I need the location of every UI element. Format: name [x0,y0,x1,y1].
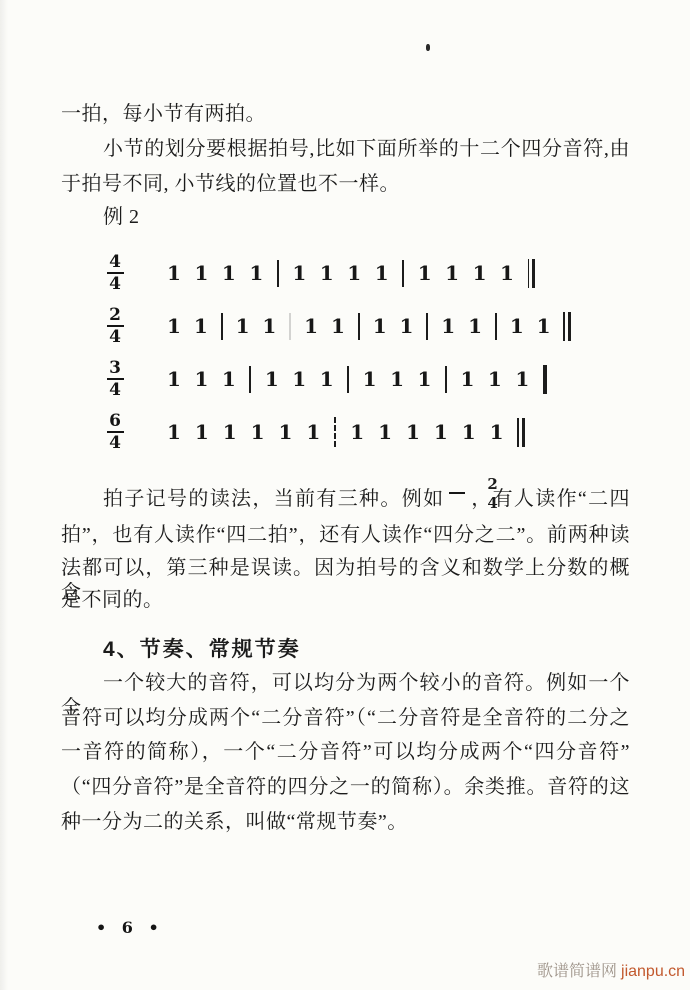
notation-line-4-4: 4 4 111111111111 [61,246,535,300]
meter-numerator: 3 [109,359,121,377]
barline [402,260,404,287]
note-1: 1 [195,422,209,442]
final-double-barline [528,259,536,288]
paragraph-2-line-2: 拍”，也有人读作“四二拍”，还有人读作“四分之二”。前两种读 [61,523,630,548]
paragraph-3-line-4: （“四分音符”是全音符的四分之一的简称）。余类推。音符的这 [61,775,630,800]
note-1: 1 [406,422,420,442]
paragraph-3-line-5: 种一分为二的关系，叫做“常规节奏”。 [61,810,630,835]
note-1: 1 [292,369,306,389]
note-1: 1 [418,369,432,389]
fraction-denominator: 4 [445,496,469,511]
ink-speck [426,44,430,51]
time-signature-6-4: 6 4 [103,412,127,452]
dashed-barline [334,417,336,447]
barline [221,313,223,340]
note-1: 1 [460,369,474,389]
meter-denominator: 4 [109,328,121,346]
note-1: 1 [167,316,181,336]
note-1: 1 [510,316,524,336]
note-1: 1 [279,422,293,442]
watermark: 歌谱简谱网jianpu.cn [537,958,685,981]
note-1: 1 [400,316,414,336]
note-1: 1 [462,422,476,442]
note-1: 1 [223,422,237,442]
faint-barline [289,313,291,340]
note-1: 1 [331,316,345,336]
paragraph-3-line-2: 音符可以均分成两个“二分音符”（“二分音符是全音符的二分之 [61,706,630,731]
meter-denominator: 4 [109,434,121,452]
note-1: 1 [537,316,551,336]
note-1: 1 [194,316,208,336]
scanned-book-page: 一拍，每小节有两拍。 小节的划分要根据拍号,比如下面所举的十二个四分音符,由 于… [0,0,690,990]
paragraph-3-line-3: 一音符的简称），一个“二分音符”可以均分成两个“四分音符” [61,740,630,765]
barline [445,366,447,393]
note-1: 1 [473,263,487,283]
note-1: 1 [500,263,514,283]
meter-denominator: 4 [109,275,121,293]
note-1: 1 [167,422,181,442]
note-1: 1 [304,316,318,336]
notation-tokens: 111111111111 [167,417,525,447]
note-1: 1 [363,369,377,389]
time-signature-2-4: 2 4 [103,306,127,346]
note-1: 1 [468,316,482,336]
example-label: 例 2 [61,205,630,230]
note-1: 1 [418,263,432,283]
notation-line-3-4: 3 4 111111111111 [61,352,547,406]
note-1: 1 [373,316,387,336]
paragraph-2-line-1: 拍子记号的读法，当前有三种。例如24，有人读作“二四 [61,487,630,512]
note-1: 1 [194,263,208,283]
note-1: 1 [515,369,529,389]
barline [277,260,279,287]
barline [358,313,360,340]
note-1: 1 [445,263,459,283]
note-1: 1 [441,316,455,336]
meter-numerator: 2 [109,306,121,324]
note-1: 1 [236,316,250,336]
note-1: 1 [306,422,320,442]
watermark-site-name: 歌谱简谱网 [537,963,617,980]
meter-numerator: 6 [109,412,121,430]
note-1: 1 [320,263,334,283]
note-1: 1 [167,263,181,283]
page-number: • 6 • [96,918,164,937]
final-double-barline [563,312,571,341]
barline [249,366,251,393]
note-1: 1 [347,263,361,283]
fraction-numerator: 2 [445,477,469,492]
meter-numerator: 4 [109,253,121,271]
note-1: 1 [434,422,448,442]
note-1: 1 [292,263,306,283]
notation-line-2-4: 2 4 111111111111 [61,299,571,353]
note-1: 1 [490,422,504,442]
time-signature-4-4: 4 4 [103,253,127,293]
note-1: 1 [390,369,404,389]
note-1: 1 [222,369,236,389]
notation-tokens: 111111111111 [167,312,571,341]
text-segment-before-fraction: 拍子记号的读法，当前有三种。例如 [103,488,444,510]
watermark-site-url: jianpu.cn [621,963,685,980]
note-1: 1 [249,263,263,283]
note-1: 1 [194,369,208,389]
paragraph-1-line-3: 于拍号不同, 小节线的位置也不一样。 [61,172,630,197]
inline-fraction-2-4: 24 [445,488,469,508]
barline [495,313,497,340]
fraction-bar [449,492,465,494]
note-1: 1 [251,422,265,442]
section-heading: 4、节奏、常规节奏 [61,637,630,662]
paragraph-2-line-4: 是不同的。 [61,588,630,613]
barline [426,313,428,340]
note-1: 1 [265,369,279,389]
meter-denominator: 4 [109,381,121,399]
barline [347,366,349,393]
note-1: 1 [167,369,181,389]
paragraph-1-line-1: 一拍，每小节有两拍。 [61,102,630,127]
note-1: 1 [222,263,236,283]
note-1: 1 [378,422,392,442]
note-1: 1 [375,263,389,283]
notation-tokens: 111111111111 [167,365,547,394]
paragraph-1-line-2: 小节的划分要根据拍号,比如下面所举的十二个四分音符,由 [61,137,630,162]
note-1: 1 [262,316,276,336]
note-1: 1 [320,369,334,389]
final-double-barline [517,418,525,447]
notation-tokens: 111111111111 [167,259,535,288]
note-1: 1 [350,422,364,442]
notation-line-6-4: 6 4 111111111111 [61,405,525,459]
note-1: 1 [488,369,502,389]
time-signature-3-4: 3 4 [103,359,127,399]
final-thick-barline [543,365,547,394]
